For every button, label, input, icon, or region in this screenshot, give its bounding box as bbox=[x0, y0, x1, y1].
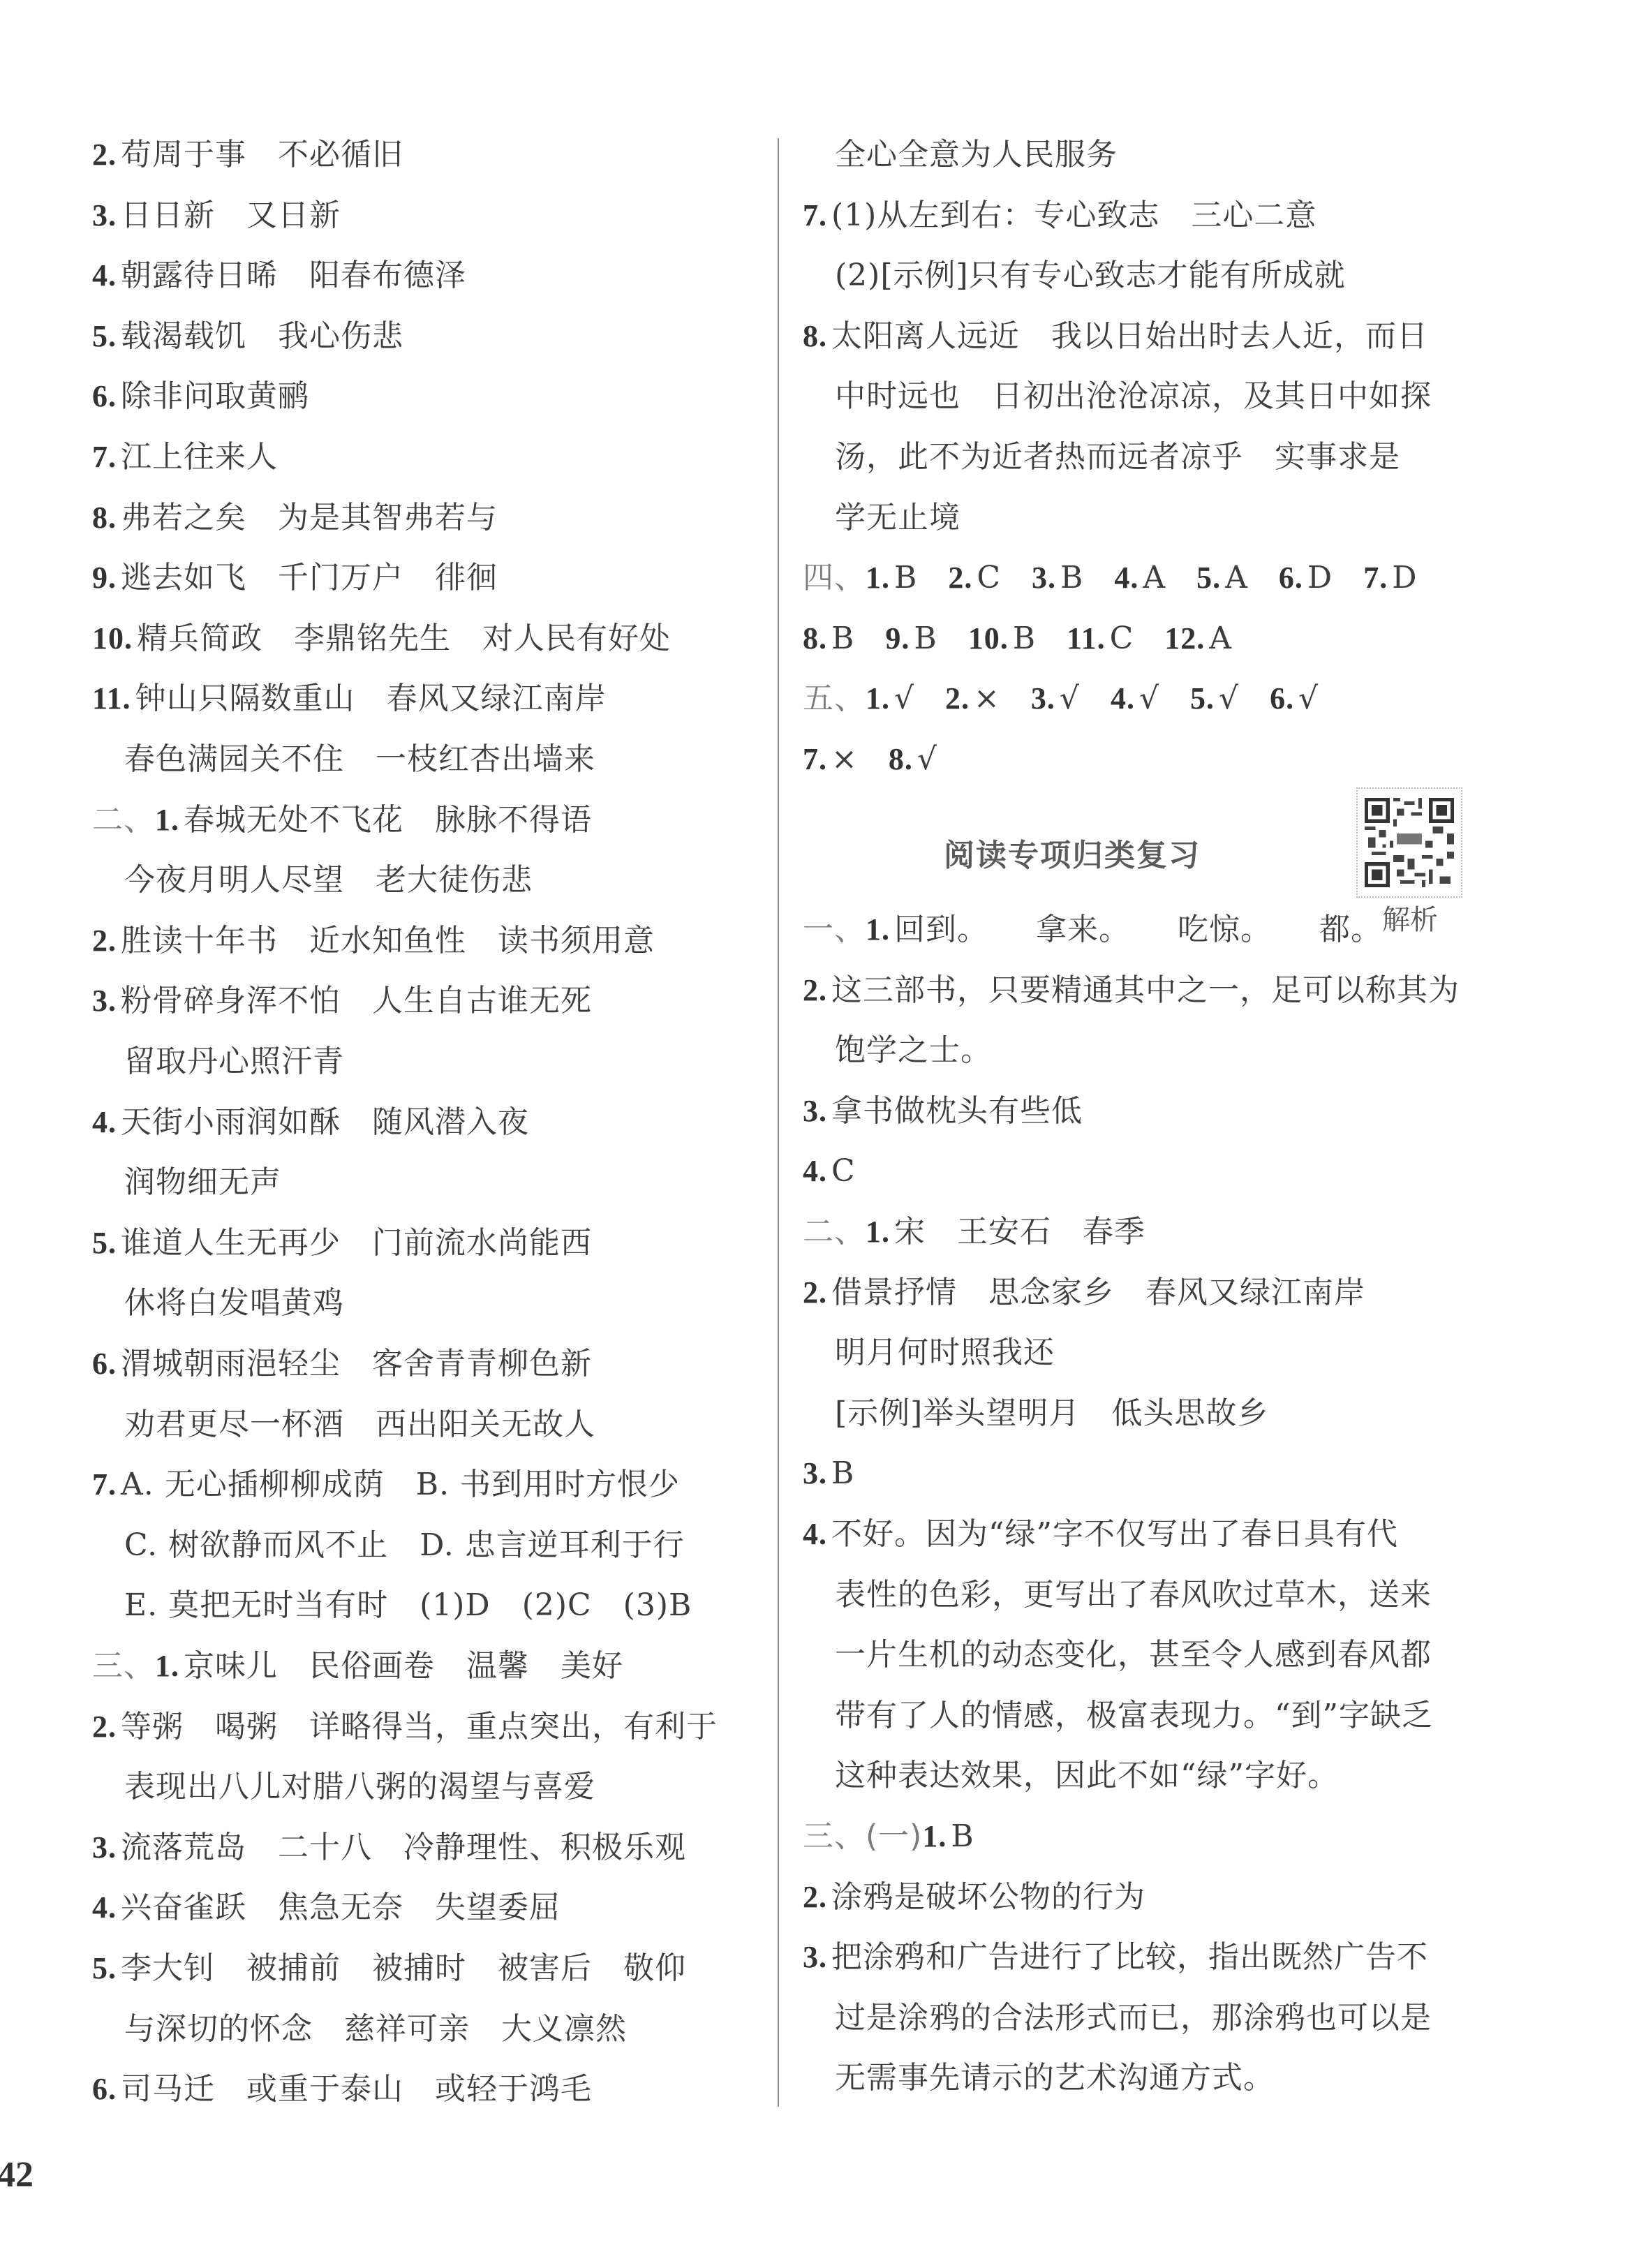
answer-text: (1)从左到右：专心致志 三心二意 bbox=[831, 198, 1316, 233]
answer-text: B bbox=[951, 1818, 974, 1854]
section-marker: 三、(一) bbox=[803, 1818, 922, 1854]
answer-text: 拿书做枕头有些低 bbox=[831, 1093, 1083, 1129]
answer-text: 表性的色彩，更写出了春风吹过草木，送来 bbox=[835, 1577, 1432, 1613]
answer-line: 2.等粥 喝粥 详略得当，重点突出，有利于 bbox=[92, 1706, 718, 1748]
answer-line: 4.天街小雨润如酥 随风潜入夜 bbox=[92, 1102, 529, 1143]
answer-line: 2.胜读十年书 近水知鱼性 读书须用意 bbox=[92, 920, 655, 962]
answer-line: 7.×8.√ bbox=[803, 739, 937, 780]
question-number: 7. bbox=[92, 440, 117, 474]
answer-line: 表现出八儿对腊八粥的渴望与喜爱 bbox=[124, 1766, 595, 1808]
answer-text: 借景抒情 思念家乡 春风又绿江南岸 bbox=[831, 1275, 1365, 1310]
question-number: 8. bbox=[803, 319, 827, 353]
answer-line: 6.司马迁 或重于泰山 或轻于鸿毛 bbox=[92, 2068, 592, 2110]
answer-text: 休将白发唱黄鸡 bbox=[124, 1285, 344, 1321]
answer-line: 3.粉骨碎身浑不怕 人生自古谁无死 bbox=[92, 980, 592, 1022]
answer-choice: √ bbox=[1060, 681, 1080, 716]
answer-line: 五、1.√2.×3.√4.√5.√6.√ bbox=[803, 678, 1319, 720]
question-number: 8. bbox=[92, 501, 117, 535]
question-number: 4. bbox=[1111, 681, 1135, 716]
question-number: 2. bbox=[803, 1880, 827, 1914]
answer-line: 9.逃去如飞 千门万户 徘徊 bbox=[92, 557, 498, 599]
answer-text: 回到。 拿来。 吃惊。 都。 bbox=[894, 912, 1382, 947]
question-number: 7. bbox=[803, 198, 827, 232]
question-number: 3. bbox=[1032, 561, 1056, 595]
answer-line: 2.涂鸦是破坏公物的行为 bbox=[803, 1876, 1145, 1918]
answer-line: 5.载渴载饥 我心伤悲 bbox=[92, 316, 403, 357]
section-marker: 五、 bbox=[803, 681, 866, 716]
answer-line: 7.A. 无心插柳柳成荫 B. 书到用时方恨少 bbox=[92, 1464, 680, 1506]
answer-line: 今夜月明人尽望 老大徒伤悲 bbox=[124, 859, 533, 901]
answer-text: 弗若之矣 为是其智弗若与 bbox=[121, 500, 498, 535]
question-number: 4. bbox=[92, 1890, 117, 1925]
answer-choice: A bbox=[1143, 560, 1166, 595]
question-number: 2. bbox=[92, 138, 117, 172]
answer-choice: B bbox=[914, 621, 937, 656]
question-number: 10. bbox=[92, 621, 133, 655]
question-number: 6. bbox=[1279, 561, 1303, 595]
answer-text: 这三部书，只要精通其中之一，足可以称其为 bbox=[831, 972, 1460, 1008]
question-number: 1. bbox=[155, 803, 179, 837]
answer-text: (2)[示例]只有专心致志才能有所成就 bbox=[835, 258, 1346, 293]
answer-text: 过是涂鸦的合法形式而已，那涂鸦也可以是 bbox=[835, 2000, 1432, 2036]
question-number: 1. bbox=[155, 1649, 179, 1683]
question-number: 7. bbox=[1363, 561, 1388, 595]
answer-text: 李大钊 被捕前 被捕时 被害后 敬仰 bbox=[121, 1950, 686, 1986]
question-number: 5. bbox=[92, 319, 117, 353]
answer-choice: √ bbox=[1139, 681, 1159, 716]
question-number: 3. bbox=[803, 1094, 827, 1128]
answer-text: 无需事先请示的艺术沟通方式。 bbox=[835, 2060, 1275, 2096]
question-number: 1. bbox=[866, 1215, 890, 1249]
question-number: 8. bbox=[889, 742, 913, 776]
answer-line: 这种表达效果，因此不如“绿”字好。 bbox=[835, 1755, 1339, 1797]
question-number: 9. bbox=[92, 561, 117, 595]
answer-choice: × bbox=[831, 741, 858, 777]
answer-text: C bbox=[831, 1153, 856, 1189]
answer-line: 7.(1)从左到右：专心致志 三心二意 bbox=[803, 195, 1316, 237]
question-number: 1. bbox=[866, 912, 890, 947]
page-number: 42 bbox=[0, 2156, 34, 2195]
answer-text: 涂鸦是破坏公物的行为 bbox=[831, 1879, 1145, 1915]
answer-line: 休将白发唱黄鸡 bbox=[124, 1282, 344, 1324]
answer-line: 4.朝露待日晞 阳春布德泽 bbox=[92, 255, 466, 297]
question-number: 8. bbox=[803, 621, 827, 655]
question-number: 2. bbox=[92, 1710, 117, 1744]
answer-choice: √ bbox=[894, 681, 914, 716]
answer-line: 一片生机的动态变化，甚至令人感到春风都 bbox=[835, 1634, 1432, 1676]
answer-line: E. 莫把无时当有时 (1)D (2)C (3)B bbox=[124, 1585, 692, 1626]
answer-text: 日日新 又日新 bbox=[121, 198, 341, 233]
answer-line: 2.苟周于事 不必循旧 bbox=[92, 134, 403, 176]
question-number: 2. bbox=[945, 681, 970, 716]
answer-line: 汤，此不为近者热而远者凉乎 实事求是 bbox=[835, 436, 1400, 478]
question-number: 1. bbox=[922, 1819, 947, 1853]
answer-text: 带有了人的情感，极富表现力。“到”字缺乏 bbox=[835, 1698, 1433, 1733]
answer-choice: C bbox=[977, 560, 1001, 595]
answer-line: 5.李大钊 被捕前 被捕时 被害后 敬仰 bbox=[92, 1948, 686, 1989]
answer-text: 司马迁 或重于泰山 或轻于鸿毛 bbox=[121, 2071, 592, 2107]
qr-logo bbox=[1397, 833, 1422, 844]
answer-choice: D bbox=[1392, 560, 1417, 595]
answer-text: 粉骨碎身浑不怕 人生自古谁无死 bbox=[121, 983, 592, 1018]
section-marker: 三、 bbox=[92, 1648, 155, 1684]
question-number: 6. bbox=[92, 2072, 117, 2106]
answer-line: 过是涂鸦的合法形式而已，那涂鸦也可以是 bbox=[835, 1997, 1432, 2039]
question-number: 7. bbox=[92, 1467, 117, 1502]
answer-choice: B bbox=[894, 560, 917, 595]
answer-line: 5.谁道人生无再少 门前流水尚能西 bbox=[92, 1222, 592, 1264]
question-number: 9. bbox=[885, 621, 910, 655]
answer-choice: D bbox=[1307, 560, 1333, 595]
answer-line: 4.兴奋雀跃 焦急无奈 失望委屈 bbox=[92, 1887, 561, 1929]
answer-line: 4.C bbox=[803, 1150, 856, 1192]
question-number: 3. bbox=[92, 1830, 117, 1865]
answer-text: 把涂鸦和广告进行了比较，指出既然广告不 bbox=[831, 1939, 1428, 1975]
answer-line: 11.钟山只隔数重山 春风又绿江南岸 bbox=[92, 678, 607, 720]
answer-text: A. 无心插柳柳成荫 B. 书到用时方恨少 bbox=[121, 1467, 680, 1502]
answer-text: 流落荒岛 二十八 冷静理性、积极乐观 bbox=[121, 1830, 686, 1865]
question-number: 5. bbox=[1190, 681, 1215, 716]
answer-text: B bbox=[831, 1455, 854, 1491]
answer-text: 逃去如飞 千门万户 徘徊 bbox=[121, 560, 498, 595]
answer-text: 等粥 喝粥 详略得当，重点突出，有利于 bbox=[121, 1709, 718, 1744]
answer-line: 8.B9.B10.B11.C12.A bbox=[803, 618, 1232, 660]
question-number: 10. bbox=[968, 621, 1009, 655]
question-number: 5. bbox=[1196, 561, 1221, 595]
answer-choice: × bbox=[974, 681, 1000, 716]
answer-text: 钟山只隔数重山 春风又绿江南岸 bbox=[135, 681, 607, 716]
answer-text: 这种表达效果，因此不如“绿”字好。 bbox=[835, 1758, 1339, 1793]
question-number: 2. bbox=[803, 1275, 827, 1310]
answer-line: 一、1.回到。 拿来。 吃惊。 都。 bbox=[803, 909, 1382, 951]
answer-text: 劝君更尽一杯酒 西出阳关无故人 bbox=[124, 1407, 595, 1442]
answer-text: C. 树欲静而风不止 D. 忠言逆耳利于行 bbox=[124, 1527, 685, 1563]
answer-text: 精兵简政 李鼎铭先生 对人民有好处 bbox=[137, 621, 671, 656]
answer-choice: √ bbox=[1219, 681, 1239, 716]
answer-line: 润物细无声 bbox=[124, 1162, 281, 1203]
answer-text: E. 莫把无时当有时 (1)D (2)C (3)B bbox=[124, 1587, 692, 1623]
question-number: 11. bbox=[92, 681, 131, 716]
answer-line: 饱学之士。 bbox=[835, 1030, 992, 1072]
answer-line: 3.拿书做枕头有些低 bbox=[803, 1090, 1083, 1132]
answer-text: 渭城朝雨浥轻尘 客舍青青柳色新 bbox=[121, 1346, 592, 1381]
column-divider bbox=[778, 138, 779, 2107]
answer-text: 汤，此不为近者热而远者凉乎 实事求是 bbox=[835, 439, 1400, 475]
answer-text: 载渴载饥 我心伤悲 bbox=[121, 318, 403, 354]
answer-line: 带有了人的情感，极富表现力。“到”字缺乏 bbox=[835, 1695, 1433, 1737]
answer-line: 8.太阳离人远近 我以日始出时去人近，而日 bbox=[803, 316, 1428, 357]
answer-text: 兴奋雀跃 焦急无奈 失望委屈 bbox=[121, 1890, 561, 1925]
question-number: 5. bbox=[92, 1951, 117, 1985]
question-number: 5. bbox=[92, 1226, 117, 1260]
answer-text: 除非问取黄鹂 bbox=[121, 378, 309, 414]
answer-line: 四、1.B2.C3.B4.A5.A6.D7.D bbox=[803, 557, 1417, 599]
question-number: 4. bbox=[92, 258, 117, 292]
answer-text: 京味儿 民俗画卷 温馨 美好 bbox=[184, 1648, 623, 1684]
answer-line: 中时远也 日初出沧沧凉凉，及其日中如探 bbox=[835, 376, 1432, 417]
question-number: 2. bbox=[948, 561, 972, 595]
answer-choice: √ bbox=[1298, 681, 1319, 716]
question-number: 6. bbox=[92, 379, 117, 413]
question-number: 3. bbox=[1031, 681, 1055, 716]
answer-text: 不好。因为“绿”字不仅写出了春日具有代 bbox=[831, 1516, 1398, 1552]
answer-line: 春色满园关不住 一枝红杏出墙来 bbox=[124, 739, 595, 780]
answer-line: 3.流落荒岛 二十八 冷静理性、积极乐观 bbox=[92, 1827, 686, 1869]
answer-text: 朝露待日晞 阳春布德泽 bbox=[121, 258, 466, 293]
answer-line: 7.江上往来人 bbox=[92, 436, 278, 478]
answer-choice: B bbox=[831, 621, 854, 656]
answer-line: 明月何时照我还 bbox=[835, 1332, 1055, 1374]
question-number: 4. bbox=[803, 1154, 827, 1188]
answer-text: 苟周于事 不必循旧 bbox=[121, 137, 403, 172]
answer-line: (2)[示例]只有专心致志才能有所成就 bbox=[835, 255, 1346, 297]
answer-line: 无需事先请示的艺术沟通方式。 bbox=[835, 2057, 1275, 2099]
answer-line: 三、(一)1.B bbox=[803, 1816, 974, 1858]
question-number: 3. bbox=[803, 1940, 827, 1974]
answer-line: 10.精兵简政 李鼎铭先生 对人民有好处 bbox=[92, 618, 671, 660]
answer-choice: B bbox=[1060, 560, 1083, 595]
answer-text: 太阳离人远近 我以日始出时去人近，而日 bbox=[831, 318, 1428, 354]
question-number: 11. bbox=[1067, 621, 1106, 655]
question-number: 2. bbox=[803, 973, 827, 1007]
answer-line: 劝君更尽一杯酒 西出阳关无故人 bbox=[124, 1404, 595, 1446]
answer-text: 胜读十年书 近水知鱼性 读书须用意 bbox=[121, 923, 655, 958]
answer-line: C. 树欲静而风不止 D. 忠言逆耳利于行 bbox=[124, 1525, 685, 1566]
answer-line: 与深切的怀念 慈祥可亲 大义凛然 bbox=[124, 2008, 627, 2050]
answer-line: 二、1.宋 王安石 春季 bbox=[803, 1211, 1145, 1253]
section-title-reading-review: 阅读专项归类复习 bbox=[944, 835, 1201, 877]
answer-text: 表现出八儿对腊八粥的渴望与喜爱 bbox=[124, 1769, 595, 1804]
answer-text: 与深切的怀念 慈祥可亲 大义凛然 bbox=[124, 2011, 627, 2047]
answer-text: 中时远也 日初出沧沧凉凉，及其日中如探 bbox=[835, 378, 1432, 414]
qr-code-icon[interactable] bbox=[1356, 787, 1462, 898]
answer-line: 三、1.京味儿 民俗画卷 温馨 美好 bbox=[92, 1645, 623, 1687]
answer-line: 表性的色彩，更写出了春风吹过草木，送来 bbox=[835, 1574, 1432, 1616]
answer-text: 留取丹心照汗青 bbox=[124, 1044, 344, 1079]
answer-text: 谁道人生无再少 门前流水尚能西 bbox=[121, 1225, 592, 1261]
answer-text: 今夜月明人尽望 老大徒伤悲 bbox=[124, 862, 533, 898]
question-number: 2. bbox=[92, 924, 117, 958]
answer-text: 润物细无声 bbox=[124, 1164, 281, 1200]
answer-text: 饱学之士。 bbox=[835, 1032, 992, 1068]
question-number: 7. bbox=[803, 742, 827, 776]
answer-line: 学无止境 bbox=[835, 497, 960, 539]
answer-line: 3.把涂鸦和广告进行了比较，指出既然广告不 bbox=[803, 1936, 1428, 1978]
answer-text: 全心全意为人民服务 bbox=[835, 137, 1118, 172]
answer-text: 天街小雨润如酥 随风潜入夜 bbox=[121, 1104, 529, 1140]
answer-text: 宋 王安石 春季 bbox=[894, 1214, 1145, 1250]
question-number: 6. bbox=[1270, 681, 1294, 716]
answer-line: 2.借景抒情 思念家乡 春风又绿江南岸 bbox=[803, 1272, 1365, 1314]
answer-line: 2.这三部书，只要精通其中之一，足可以称其为 bbox=[803, 970, 1460, 1011]
answer-line: [示例]举头望明月 低头思故乡 bbox=[835, 1393, 1268, 1435]
answer-text: 春色满园关不住 一枝红杏出墙来 bbox=[124, 741, 595, 777]
answer-line: 6.除非问取黄鹂 bbox=[92, 376, 309, 417]
answer-line: 4.不好。因为“绿”字不仅写出了春日具有代 bbox=[803, 1513, 1398, 1555]
question-number: 3. bbox=[92, 198, 117, 232]
qr-label-analysis: 解析 bbox=[1382, 902, 1438, 938]
answer-choice: B bbox=[1013, 621, 1036, 656]
answer-line: 8.弗若之矣 为是其智弗若与 bbox=[92, 497, 498, 539]
question-number: 4. bbox=[1114, 561, 1138, 595]
section-marker: 二、 bbox=[803, 1214, 866, 1250]
qr-pattern bbox=[1365, 796, 1454, 889]
question-number: 3. bbox=[92, 984, 117, 1018]
section-marker: 二、 bbox=[92, 802, 155, 838]
answer-line: 全心全意为人民服务 bbox=[835, 134, 1118, 176]
question-number: 1. bbox=[866, 681, 890, 716]
answer-text: [示例]举头望明月 低头思故乡 bbox=[835, 1395, 1268, 1431]
answer-text: 春城无处不飞花 脉脉不得语 bbox=[184, 802, 592, 838]
question-number: 4. bbox=[92, 1105, 117, 1139]
question-number: 3. bbox=[803, 1456, 827, 1490]
question-number: 4. bbox=[803, 1517, 827, 1551]
answer-choice: A bbox=[1209, 621, 1232, 656]
question-number: 12. bbox=[1164, 621, 1205, 655]
answer-choice: A bbox=[1225, 560, 1248, 595]
answer-line: 3.B bbox=[803, 1453, 854, 1495]
section-marker: 四、 bbox=[803, 560, 866, 595]
answer-choice: C bbox=[1110, 621, 1134, 656]
question-number: 6. bbox=[92, 1347, 117, 1381]
answer-line: 6.渭城朝雨浥轻尘 客舍青青柳色新 bbox=[92, 1343, 592, 1385]
section-marker: 一、 bbox=[803, 912, 866, 947]
answer-choice: √ bbox=[917, 741, 937, 777]
answer-text: 学无止境 bbox=[835, 500, 960, 535]
answer-line: 二、1.春城无处不飞花 脉脉不得语 bbox=[92, 799, 592, 841]
answer-text: 明月何时照我还 bbox=[835, 1335, 1055, 1370]
question-number: 1. bbox=[866, 561, 890, 595]
answer-text: 一片生机的动态变化，甚至令人感到春风都 bbox=[835, 1637, 1432, 1673]
answer-line: 留取丹心照汗青 bbox=[124, 1041, 344, 1083]
answer-line: 3.日日新 又日新 bbox=[92, 195, 341, 237]
answer-text: 江上往来人 bbox=[121, 439, 278, 475]
